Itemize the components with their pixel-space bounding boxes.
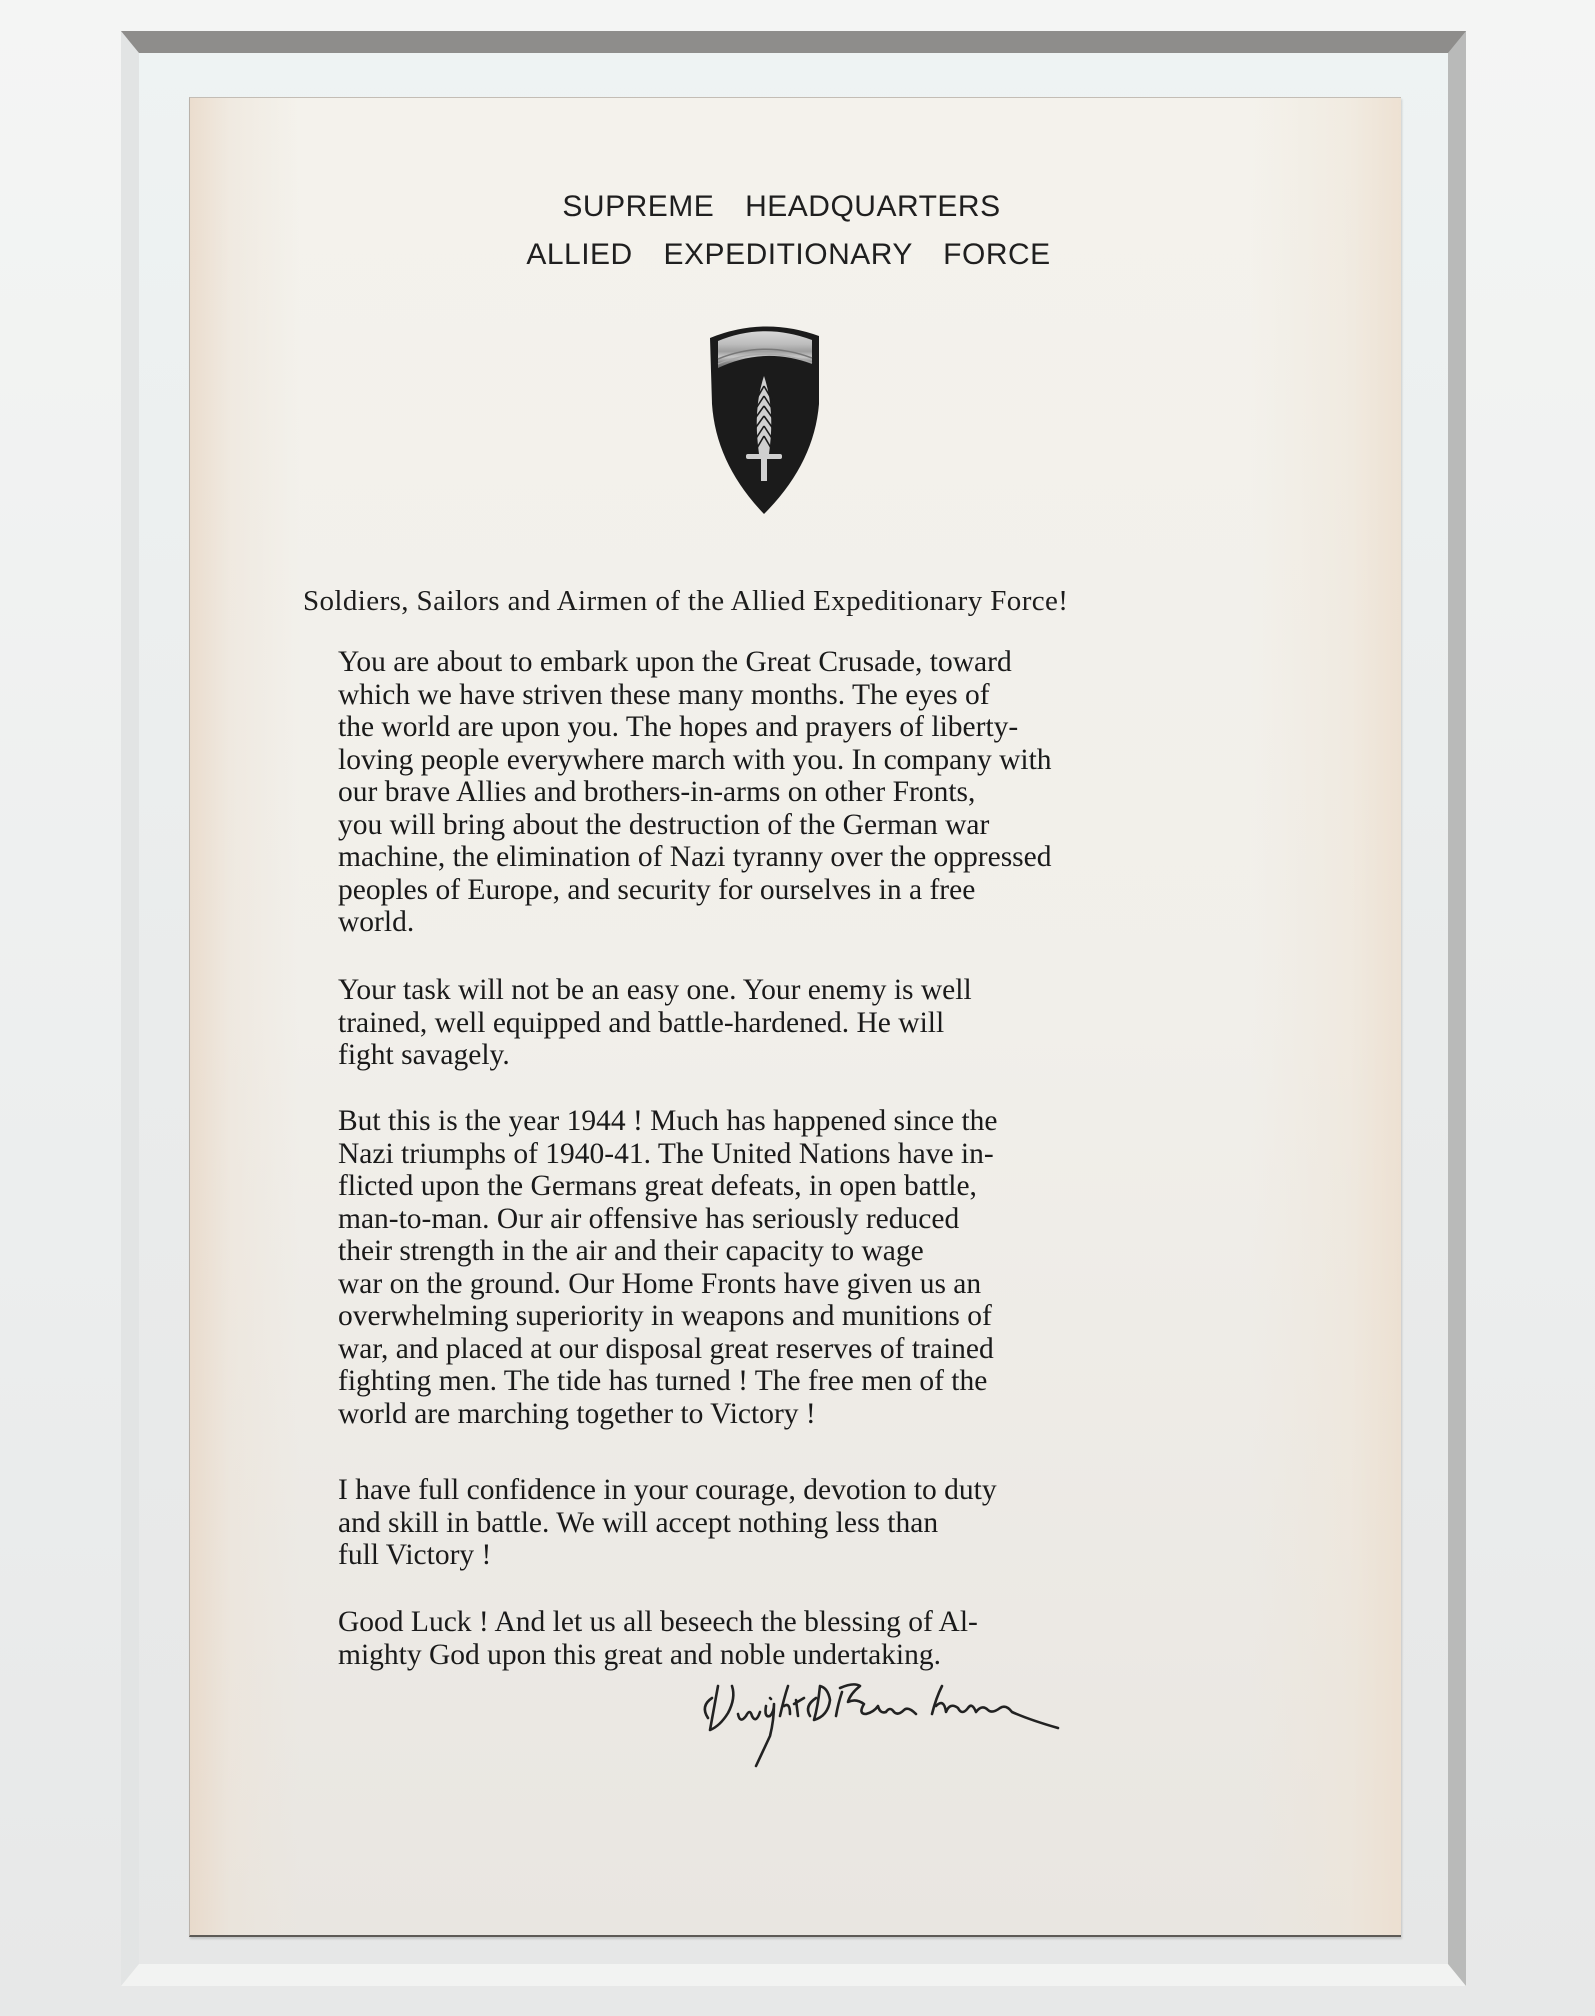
paragraph-full-confidence: I have full confidence in your courage, … — [338, 1474, 1218, 1572]
document-page: SUPREME HEADQUARTERS ALLIED EXPEDITIONAR… — [189, 97, 1401, 1937]
header-allied-expeditionary-force: ALLIED EXPEDITIONARY FORCE — [183, 238, 1394, 272]
paragraph-task-not-easy: Your task will not be an easy one. Your … — [338, 974, 1218, 1072]
signature-eisenhower: Dwight D. Eisenhower — [670, 1658, 1130, 1768]
salutation: Soldiers, Sailors and Airmen of the Alli… — [303, 585, 1068, 618]
header-supreme-headquarters: SUPREME HEADQUARTERS — [176, 190, 1387, 224]
shaef-shield-flaming-sword-icon — [706, 314, 822, 516]
paragraph-great-crusade: You are about to embark upon the Great C… — [338, 646, 1218, 939]
paragraph-year-1944: But this is the year 1944 ! Much has hap… — [338, 1105, 1218, 1430]
